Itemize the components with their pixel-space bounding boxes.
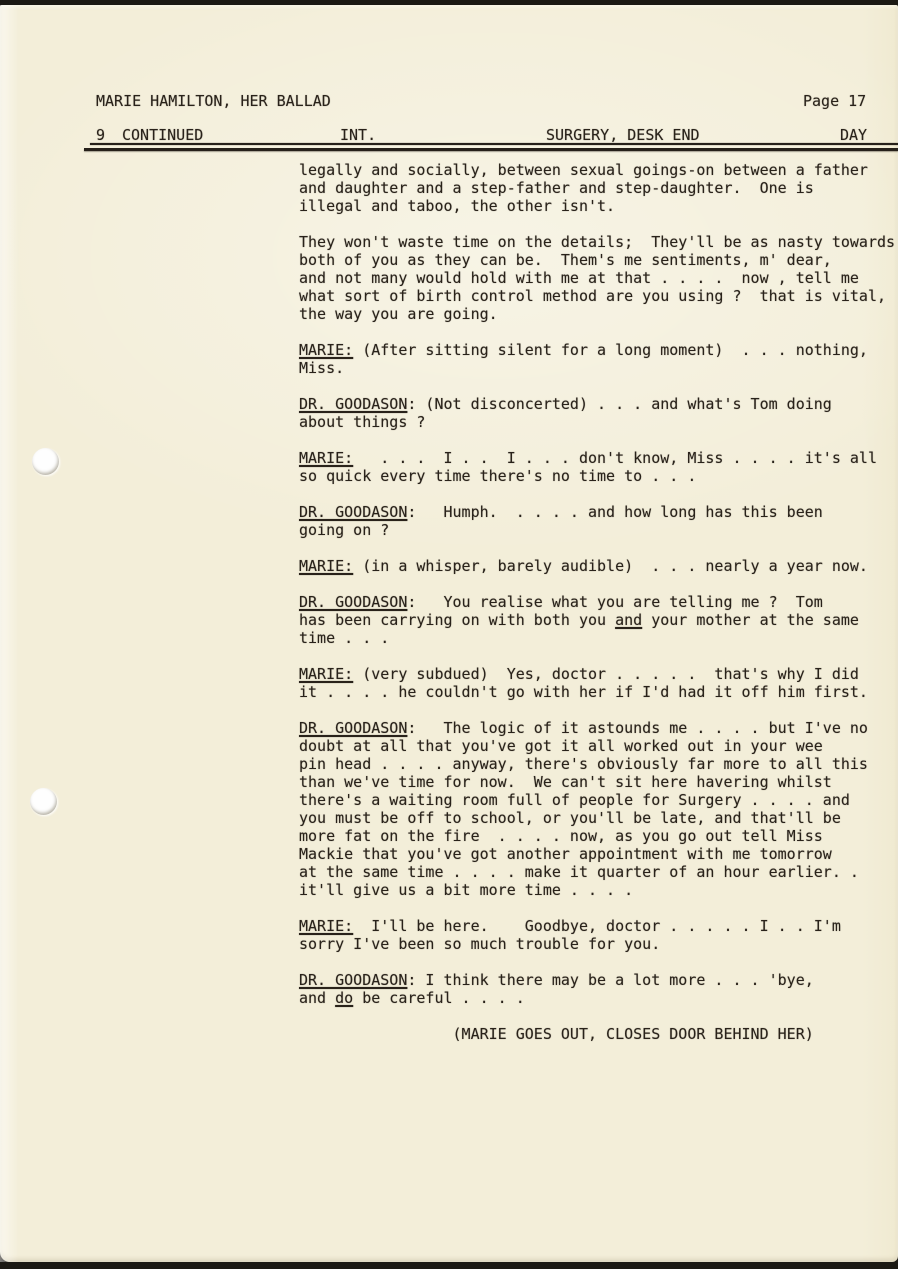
script-line: pin head . . . . anyway, there's obvious… xyxy=(299,755,898,773)
script-line: what sort of birth control method are yo… xyxy=(299,287,898,305)
scanned-script-page: MARIE HAMILTON, HER BALLAD Page 17 9 CON… xyxy=(0,0,898,1269)
script-line: so quick every time there's no time to .… xyxy=(299,467,898,485)
text-segment: it . . . . he couldn't go with her if I'… xyxy=(299,683,868,701)
text-segment: and daughter and a step-father and step-… xyxy=(299,179,814,197)
script-paragraph: legally and socially, between sexual goi… xyxy=(299,161,898,215)
script-line: and do be careful . . . . xyxy=(299,989,898,1007)
text-segment: the way you are going. xyxy=(299,305,498,323)
underlined-text: DR. GOODASON xyxy=(299,719,407,737)
script-line: DR. GOODASON: The logic of it astounds m… xyxy=(299,719,898,737)
text-segment: They won't waste time on the details; Th… xyxy=(299,233,895,251)
script-line: MARIE: (After sitting silent for a long … xyxy=(299,341,898,359)
text-segment: (very subdued) Yes, doctor . . . . . tha… xyxy=(353,665,859,683)
underlined-text: MARIE: xyxy=(299,917,353,935)
text-segment: your mother at the same xyxy=(642,611,859,629)
script-paragraph: MARIE: I'll be here. Goodbye, doctor . .… xyxy=(299,917,898,953)
script-line: MARIE: (very subdued) Yes, doctor . . . … xyxy=(299,665,898,683)
script-paragraph: DR. GOODASON: Humph. . . . . and how lon… xyxy=(299,503,898,539)
script-line: MARIE: (in a whisper, barely audible) . … xyxy=(299,557,898,575)
text-segment: you must be off to school, or you'll be … xyxy=(299,809,841,827)
underlined-text: MARIE: xyxy=(299,341,353,359)
script-line: legally and socially, between sexual goi… xyxy=(299,161,898,179)
script-line: and daughter and a step-father and step-… xyxy=(299,179,898,197)
text-segment: has been carrying on with both you xyxy=(299,611,615,629)
script-paragraph: DR. GOODASON: The logic of it astounds m… xyxy=(299,719,898,899)
script-line: going on ? xyxy=(299,521,898,539)
script-line: illegal and taboo, the other isn't. xyxy=(299,197,898,215)
text-segment: Mackie that you've got another appointme… xyxy=(299,845,832,863)
text-segment: what sort of birth control method are yo… xyxy=(299,287,886,305)
underlined-text: DR. GOODASON xyxy=(299,395,407,413)
script-paragraph: DR. GOODASON: (Not disconcerted) . . . a… xyxy=(299,395,898,431)
text-segment: legally and socially, between sexual goi… xyxy=(299,161,868,179)
script-line: the way you are going. xyxy=(299,305,898,323)
underlined-text: DR. GOODASON xyxy=(299,503,407,521)
script-paragraph: DR. GOODASON: You realise what you are t… xyxy=(299,593,898,647)
hole-punch-bottom xyxy=(30,788,57,815)
script-line: DR. GOODASON: You realise what you are t… xyxy=(299,593,898,611)
text-segment: : Humph. . . . . and how long has this b… xyxy=(407,503,822,521)
script-line: at the same time . . . . make it quarter… xyxy=(299,863,898,881)
script-line: sorry I've been so much trouble for you. xyxy=(299,935,898,953)
text-segment: more fat on the fire . . . . now, as you… xyxy=(299,827,823,845)
text-segment: at the same time . . . . make it quarter… xyxy=(299,863,859,881)
text-segment: going on ? xyxy=(299,521,389,539)
script-paragraph: MARIE: (After sitting silent for a long … xyxy=(299,341,898,377)
script-line: Miss. xyxy=(299,359,898,377)
script-paragraph: (MARIE GOES OUT, CLOSES DOOR BEHIND HER) xyxy=(299,1025,898,1043)
text-segment: and xyxy=(299,989,335,1007)
underlined-text: MARIE: xyxy=(299,557,353,575)
scene-number: 9 xyxy=(96,126,105,144)
scene-heading-rule xyxy=(84,148,898,151)
text-segment: : I think there may be a lot more . . . … xyxy=(407,971,813,989)
text-segment: and not many would hold with me at that … xyxy=(299,269,859,287)
script-body: legally and socially, between sexual goi… xyxy=(299,161,898,1061)
text-segment: (After sitting silent for a long moment)… xyxy=(353,341,868,359)
script-line: both of you as they can be. Them's me se… xyxy=(299,251,898,269)
text-segment: it'll give us a bit more time . . . . xyxy=(299,881,633,899)
script-paragraph: MARIE: (in a whisper, barely audible) . … xyxy=(299,557,898,575)
script-paragraph: They won't waste time on the details; Th… xyxy=(299,233,898,323)
paper-sheet: MARIE HAMILTON, HER BALLAD Page 17 9 CON… xyxy=(0,5,898,1262)
script-line: MARIE: I'll be here. Goodbye, doctor . .… xyxy=(299,917,898,935)
hole-punch-top xyxy=(32,448,59,475)
underlined-text: MARIE: xyxy=(299,449,353,467)
underlined-text: DR. GOODASON xyxy=(299,593,407,611)
script-line: than we've time for now. We can't sit he… xyxy=(299,773,898,791)
script-line: about things ? xyxy=(299,413,898,431)
script-line: time . . . xyxy=(299,629,898,647)
scene-location: SURGERY, DESK END xyxy=(546,126,700,144)
text-segment: . . . I . . I . . . don't know, Miss . .… xyxy=(353,449,877,467)
script-paragraph: DR. GOODASON: I think there may be a lot… xyxy=(299,971,898,1007)
underlined-text: do xyxy=(335,989,353,1007)
underlined-text: MARIE: xyxy=(299,665,353,683)
scene-int-ext: INT. xyxy=(340,126,376,144)
script-line: doubt at all that you've got it all work… xyxy=(299,737,898,755)
text-segment: both of you as they can be. Them's me se… xyxy=(299,251,832,269)
script-title: MARIE HAMILTON, HER BALLAD xyxy=(96,92,331,110)
text-segment: so quick every time there's no time to .… xyxy=(299,467,696,485)
text-segment: doubt at all that you've got it all work… xyxy=(299,737,823,755)
script-line: DR. GOODASON: I think there may be a lot… xyxy=(299,971,898,989)
text-segment: about things ? xyxy=(299,413,425,431)
underlined-text: DR. GOODASON xyxy=(299,971,407,989)
text-segment: sorry I've been so much trouble for you. xyxy=(299,935,660,953)
script-line: there's a waiting room full of people fo… xyxy=(299,791,898,809)
text-segment: than we've time for now. We can't sit he… xyxy=(299,773,832,791)
text-segment: there's a waiting room full of people fo… xyxy=(299,791,850,809)
text-segment: pin head . . . . anyway, there's obvious… xyxy=(299,755,868,773)
text-segment: : (Not disconcerted) . . . and what's To… xyxy=(407,395,831,413)
script-line: (MARIE GOES OUT, CLOSES DOOR BEHIND HER) xyxy=(299,1025,898,1043)
text-segment: (MARIE GOES OUT, CLOSES DOOR BEHIND HER) xyxy=(299,1025,814,1043)
script-line: MARIE: . . . I . . I . . . don't know, M… xyxy=(299,449,898,467)
underlined-text: and xyxy=(615,611,642,629)
text-segment: (in a whisper, barely audible) . . . nea… xyxy=(353,557,868,575)
text-segment: Miss. xyxy=(299,359,344,377)
script-line: and not many would hold with me at that … xyxy=(299,269,898,287)
page-number: Page 17 xyxy=(803,92,866,110)
script-line: DR. GOODASON: (Not disconcerted) . . . a… xyxy=(299,395,898,413)
scene-heading-underline xyxy=(90,143,898,145)
text-segment: illegal and taboo, the other isn't. xyxy=(299,197,615,215)
text-segment: time . . . xyxy=(299,629,389,647)
text-segment: I'll be here. Goodbye, doctor . . . . . … xyxy=(353,917,841,935)
script-paragraph: MARIE: (very subdued) Yes, doctor . . . … xyxy=(299,665,898,701)
script-line: more fat on the fire . . . . now, as you… xyxy=(299,827,898,845)
script-line: it'll give us a bit more time . . . . xyxy=(299,881,898,899)
script-paragraph: MARIE: . . . I . . I . . . don't know, M… xyxy=(299,449,898,485)
script-line: has been carrying on with both you and y… xyxy=(299,611,898,629)
text-segment: : The logic of it astounds me . . . . bu… xyxy=(407,719,868,737)
script-line: you must be off to school, or you'll be … xyxy=(299,809,898,827)
scene-continued-label: CONTINUED xyxy=(122,126,203,144)
text-segment: : You realise what you are telling me ? … xyxy=(407,593,822,611)
script-line: it . . . . he couldn't go with her if I'… xyxy=(299,683,898,701)
text-segment: be careful . . . . xyxy=(353,989,525,1007)
script-line: They won't waste time on the details; Th… xyxy=(299,233,898,251)
script-line: Mackie that you've got another appointme… xyxy=(299,845,898,863)
script-line: DR. GOODASON: Humph. . . . . and how lon… xyxy=(299,503,898,521)
scene-time-of-day: DAY xyxy=(840,126,867,144)
